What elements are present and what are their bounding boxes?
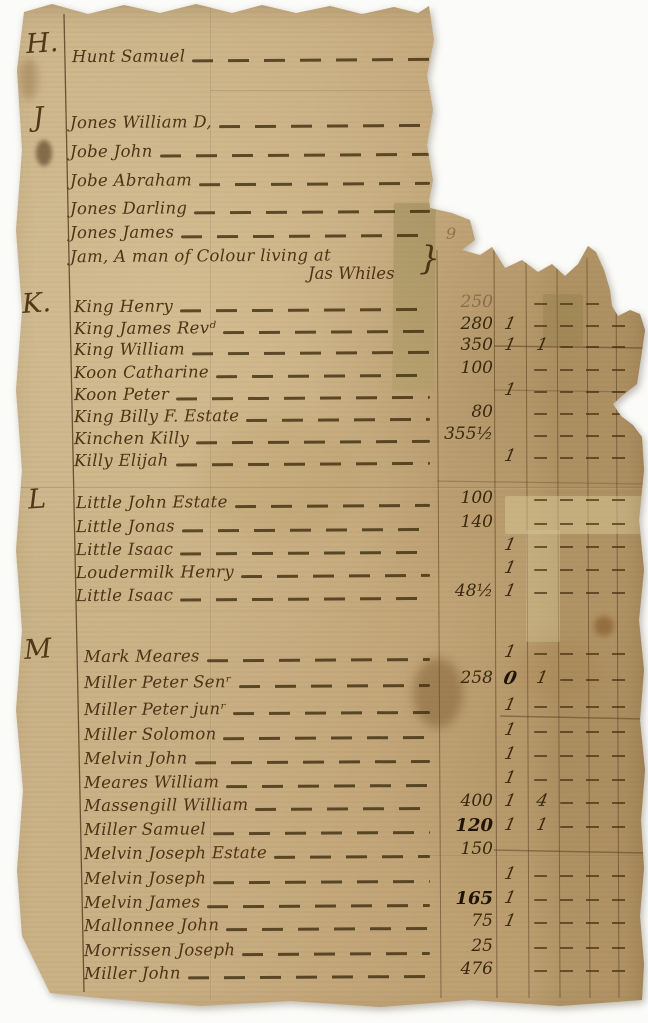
- acreage-value: 25: [440, 936, 493, 956]
- acreage-value: 165: [440, 888, 493, 910]
- poll-mark: 1: [495, 446, 525, 466]
- acreage-value: 280: [440, 314, 493, 334]
- section-letter: H.: [25, 29, 59, 58]
- leader-dashes: [246, 418, 430, 422]
- ledger-row: Miller Peter junʳ: [84, 698, 432, 720]
- ledger-row: Jones William D,: [70, 111, 432, 133]
- leader-dashes: [182, 528, 430, 532]
- entry-name: Hunt Samuel: [72, 46, 185, 66]
- entry-name: Jam, A man of Colour living at: [70, 246, 331, 267]
- poll-mark: 1: [495, 535, 525, 555]
- leader-dashes: [194, 210, 430, 214]
- leader-dashes: [195, 760, 430, 764]
- leader-dashes: [213, 880, 430, 884]
- acreage-value: 100: [440, 488, 493, 508]
- ledger-row: Melvin James: [84, 891, 432, 913]
- poll-mark: 1: [495, 642, 525, 662]
- poll-mark: 1: [495, 314, 525, 334]
- poll-mark: 1: [495, 888, 525, 908]
- tape-patch: [505, 496, 647, 534]
- leader-dashes: [223, 330, 430, 334]
- section-letter: L: [27, 485, 47, 513]
- leader-dashes: [242, 952, 430, 956]
- leader-dashes: [192, 351, 430, 355]
- ledger-row: Miller John: [84, 962, 432, 984]
- leader-dashes: [181, 234, 430, 238]
- ledger-row: Kinchen Killy: [74, 427, 432, 449]
- leader-dashes: [180, 551, 430, 555]
- entry-name: Jobe John: [70, 142, 153, 162]
- ledger-row: Massengill William: [84, 794, 432, 816]
- ledger-row: Jones James: [70, 221, 432, 243]
- paper: H.Hunt SamuelJJones William D,Jobe JohnJ…: [0, 0, 648, 1023]
- entry-name: Melvin Joseph: [84, 868, 206, 888]
- ledger-row: Jobe Abraham: [70, 169, 432, 191]
- entry-name: Koon Peter: [74, 385, 169, 405]
- ledger-row: Morrissen Joseph: [84, 939, 432, 961]
- poll-mark: 1: [495, 695, 525, 715]
- entry-name: Kinchen Killy: [74, 428, 189, 448]
- ledger-row: King Henry: [74, 295, 432, 317]
- entry-name: Mallonnee John: [84, 915, 219, 935]
- leader-dashes: [207, 658, 430, 662]
- entry-name: Morrissen Joseph: [84, 940, 235, 960]
- leader-dashes: [180, 308, 430, 312]
- leader-dashes: [176, 462, 430, 466]
- leader-dashes: [255, 807, 430, 811]
- acreage-value: 258: [440, 668, 493, 688]
- ledger-row: Little Isaac: [76, 538, 432, 560]
- leader-dashes: [199, 182, 430, 186]
- ledger-row: Loudermilk Henry: [76, 561, 432, 583]
- entry-name: Meares William: [84, 772, 219, 792]
- entry-name: Melvin John: [84, 748, 188, 768]
- leader-dashes: [219, 124, 430, 128]
- scanned-ledger-page: H.Hunt SamuelJJones William D,Jobe JohnJ…: [0, 0, 648, 1023]
- section-letter: K.: [21, 289, 52, 318]
- ledger-row: Hunt Samuel: [72, 45, 432, 67]
- tally-mark: 1: [527, 668, 557, 688]
- ledger-row: Miller Peter Senʳ: [84, 671, 432, 693]
- poll-mark: 1: [495, 815, 525, 835]
- ledger-row: Miller Samuel: [84, 818, 432, 840]
- poll-mark: 1: [495, 911, 525, 931]
- entry-name: King William: [74, 339, 185, 359]
- poll-mark: 0: [495, 668, 526, 690]
- ledger-row: Mark Meares: [84, 645, 432, 667]
- ledger-row: Miller Solomon: [84, 723, 432, 745]
- leader-dashes: [176, 396, 430, 400]
- ledger-row: Meares William: [84, 771, 432, 793]
- entry-name: King Henry: [74, 296, 173, 316]
- poll-mark: 1: [495, 864, 525, 884]
- poll-mark: 1: [495, 558, 525, 578]
- leader-dashes: [224, 736, 431, 740]
- section-letter: J: [32, 104, 45, 132]
- entry-name: Killy Elijah: [74, 451, 169, 471]
- entry-name: Melvin James: [84, 892, 200, 912]
- ledger-row: King James Revᵈ: [74, 317, 432, 339]
- leader-dashes: [213, 831, 430, 835]
- leader-dashes: [226, 784, 430, 788]
- acreage-value: 75: [440, 911, 493, 931]
- paper-shadow-wrap: H.Hunt SamuelJJones William D,Jobe JohnJ…: [0, 0, 648, 1023]
- ledger-row: King William: [74, 338, 432, 360]
- entry-name: King Billy F. Estate: [74, 406, 239, 426]
- entry-name: Massengill William: [84, 795, 248, 815]
- entry-name: Koon Catharine: [74, 362, 209, 382]
- ledger-row: Little John Estate: [76, 491, 432, 513]
- ledger-row: Melvin Joseph: [84, 867, 432, 889]
- entry-note-line2: Jas Whiles: [308, 264, 395, 283]
- acreage-value: 250: [440, 292, 493, 312]
- ledger-row: Killy Elijah: [74, 449, 432, 471]
- leader-dashes: [196, 440, 430, 444]
- poll-mark: 1: [495, 335, 525, 355]
- ledger-row: Jones Darling: [70, 197, 432, 219]
- leader-dashes: [192, 58, 430, 62]
- entry-name: Loudermilk Henry: [76, 562, 234, 582]
- poll-mark: 1: [495, 380, 525, 400]
- entry-name: Melvin Joseph Estate: [84, 843, 267, 863]
- leader-dashes: [239, 684, 430, 688]
- torn-fragment-digit: 9: [446, 224, 456, 243]
- entry-name: Mark Meares: [84, 646, 200, 666]
- tally-mark: 1: [527, 335, 557, 355]
- leader-dashes: [207, 904, 430, 908]
- acreage-value: 350: [440, 335, 493, 355]
- section-letter: M: [23, 635, 52, 664]
- entry-name: Jones William D,: [70, 112, 212, 132]
- acreage-value: 100: [440, 358, 493, 378]
- ledger-row: Jobe John: [70, 140, 432, 162]
- entry-name: Miller Samuel: [84, 819, 206, 839]
- ledger-row: Little Jonas: [76, 515, 432, 537]
- poll-mark: 1: [495, 720, 525, 740]
- leader-dashes: [241, 574, 430, 578]
- entry-name: Miller John: [84, 963, 181, 983]
- tally-mark: 4: [527, 791, 557, 811]
- ledger-row: Koon Catharine: [74, 361, 432, 383]
- ledger-row: Melvin Joseph Estate: [84, 842, 432, 864]
- leader-dashes: [216, 374, 430, 378]
- leader-dashes: [180, 597, 430, 601]
- acreage-value: 150: [440, 839, 493, 859]
- entry-name: Miller Peter junʳ: [84, 699, 227, 719]
- entry-name: King James Revᵈ: [74, 318, 216, 338]
- acreage-value: 355½: [440, 424, 493, 444]
- leader-dashes: [274, 855, 430, 859]
- ledger-row: Melvin John: [84, 747, 432, 769]
- leader-dashes: [160, 153, 430, 157]
- acreage-value: 48½: [440, 581, 493, 601]
- poll-mark: 1: [495, 768, 525, 788]
- ledger-row: King Billy F. Estate: [74, 405, 432, 427]
- ledger-row: Little Isaac: [76, 584, 432, 606]
- leader-dashes: [234, 711, 431, 715]
- entry-name: Little Isaac: [76, 539, 173, 559]
- entry-name: Little John Estate: [76, 492, 228, 512]
- poll-mark: 1: [495, 581, 525, 601]
- acreage-value: 80: [440, 402, 493, 422]
- acreage-value: 400: [440, 791, 493, 811]
- leader-dashes: [235, 504, 430, 508]
- ledger-row: Koon Peter: [74, 383, 432, 405]
- curly-bracket: }: [419, 241, 440, 274]
- leader-dashes: [226, 927, 430, 931]
- entry-name: Little Jonas: [76, 516, 175, 536]
- entry-name: Jobe Abraham: [70, 170, 192, 190]
- entry-name: Miller Peter Senʳ: [84, 672, 232, 692]
- acreage-value: 476: [440, 959, 493, 979]
- poll-mark: 1: [495, 744, 525, 764]
- entry-name: Miller Solomon: [84, 724, 217, 744]
- entry-name: Jones Darling: [70, 198, 187, 218]
- ledger-row: Mallonnee John: [84, 914, 432, 936]
- acreage-value: 120: [440, 815, 493, 837]
- tally-mark: 1: [527, 815, 557, 835]
- acreage-value: 140: [440, 512, 493, 532]
- poll-mark: 1: [495, 791, 525, 811]
- leader-dashes: [188, 975, 430, 979]
- entry-name: Jones James: [70, 222, 174, 242]
- entry-name: Little Isaac: [76, 585, 173, 605]
